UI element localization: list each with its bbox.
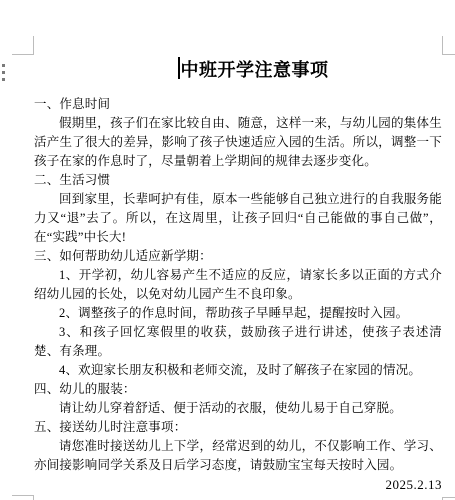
paragraph-list: 一、作息时间假期里，孩子们在家比较自由、随意，这样一来，与幼儿园的集体生活产生了… — [34, 95, 442, 475]
dot — [2, 78, 5, 81]
text-boundary-mark-bottom-left — [12, 495, 34, 500]
paragraph[interactable]: 1、开学初，幼儿容易产生不适应的反应，请家长多以正面的方式介绍幼儿园的长处，以免… — [34, 266, 442, 304]
paragraph[interactable]: 3、和孩子回忆寒假里的收获，鼓励孩子进行讲述，使孩子表述清楚、有条理。 — [34, 323, 442, 361]
paragraph[interactable]: 回到家里，长辈呵护有佳，原本一些能够自己独立进行的自我服务能力又“退”去了。所以… — [34, 190, 442, 247]
text-boundary-mark-top-right — [442, 36, 455, 55]
section-heading[interactable]: 三、如何帮助幼儿适应新学期： — [34, 247, 442, 266]
paragraph[interactable]: 2、调整孩子的作息时间，帮助孩子早睡早起，提醒按时入园。 — [34, 304, 442, 323]
document-page[interactable]: 中班开学注意事项 一、作息时间假期里，孩子们在家比较自由、随意，这样一来，与幼儿… — [0, 0, 455, 500]
title-text[interactable]: 中班开学注意事项 — [181, 60, 329, 80]
text-cursor — [178, 57, 180, 79]
date-line[interactable]: 2025.2.13 — [34, 475, 442, 494]
paragraph[interactable]: 请让幼儿穿着舒适、便于活动的衣服，使幼儿易于自己穿脱。 — [34, 399, 442, 418]
text-boundary-mark-top-left — [12, 36, 34, 55]
section-heading[interactable]: 二、生活习惯 — [34, 171, 442, 190]
section-heading[interactable]: 一、作息时间 — [34, 95, 442, 114]
section-heading[interactable]: 五、接送幼儿时注意事项： — [34, 418, 442, 437]
paragraph[interactable]: 请您准时接送幼儿上下学，经常迟到的幼儿，不仅影响工作、学习、亦间接影响同学关系及… — [34, 437, 442, 475]
document-title[interactable]: 中班开学注意事项 — [34, 57, 442, 84]
left-margin-dots — [2, 64, 5, 85]
paragraph[interactable]: 4、欢迎家长朋友积极和老师交流，及时了解孩子在家园的情况。 — [34, 361, 442, 380]
paragraph[interactable]: 假期里，孩子们在家比较自由、随意，这样一来，与幼儿园的集体生活产生了很大的差异，… — [34, 114, 442, 171]
text-area[interactable]: 中班开学注意事项 一、作息时间假期里，孩子们在家比较自由、随意，这样一来，与幼儿… — [34, 0, 442, 494]
section-heading[interactable]: 四、幼儿的服装： — [34, 380, 442, 399]
dot — [2, 64, 5, 67]
dot — [2, 71, 5, 74]
